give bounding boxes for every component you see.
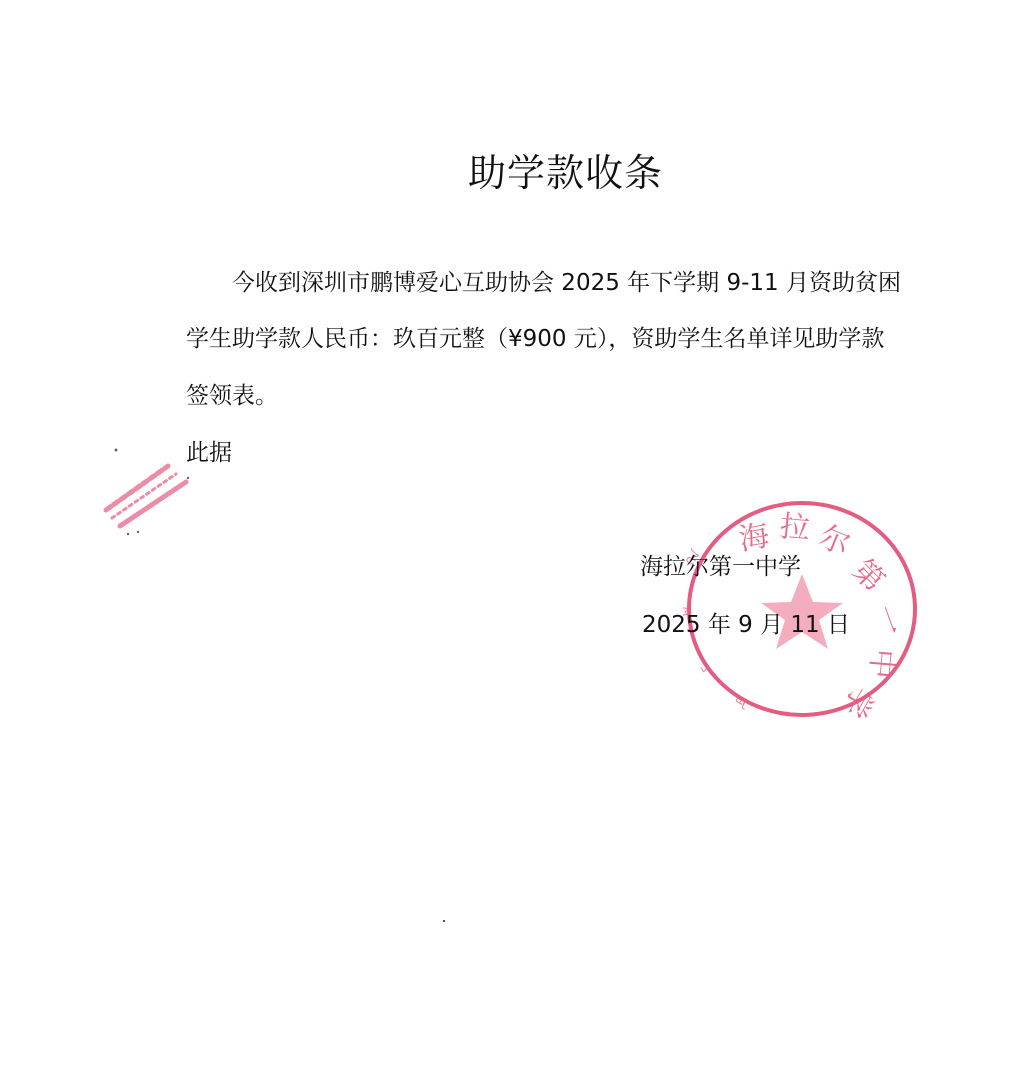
seal-fragment-icon bbox=[98, 448, 198, 540]
document-title: 助学款收条 bbox=[468, 142, 663, 197]
svg-text:学: 学 bbox=[835, 680, 880, 720]
svg-text:中: 中 bbox=[862, 647, 899, 680]
svg-text:拉: 拉 bbox=[778, 509, 811, 546]
signature-date: 2025 年 9 月 11 日 bbox=[642, 606, 850, 639]
body-line-1: 今收到深圳市鹏博爱心互助协会 2025 年下学期 9-11 月资助贫困 bbox=[232, 264, 901, 297]
body-line-3: 签领表。 bbox=[186, 377, 278, 410]
svg-text:一: 一 bbox=[865, 601, 908, 641]
svg-text:尔: 尔 bbox=[814, 519, 855, 563]
svg-text:第: 第 bbox=[845, 553, 891, 599]
body-line-2: 学生助学款人民币：玖百元整（¥900 元），资助学生名单详见助学款 bbox=[186, 320, 884, 353]
scan-speck bbox=[443, 920, 445, 922]
signature-organization: 海拉尔第一中学 bbox=[640, 548, 801, 581]
